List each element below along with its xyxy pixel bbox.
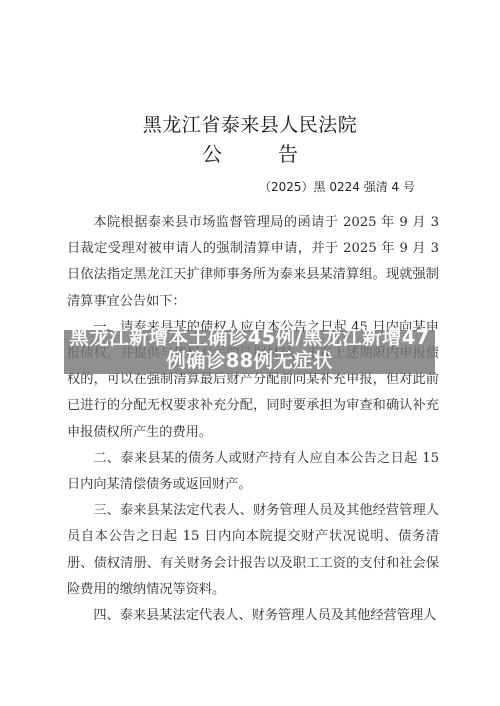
document-type-title: 公告 — [0, 138, 500, 167]
paragraph-item-2: 二、泰来县某的债务人或财产持有人应自本公告之日起 15 日内向某清偿债务或返回财… — [67, 446, 439, 498]
case-number: （2025）黑 0224 强清 4 号 — [259, 178, 415, 195]
document-page: 黑龙江省泰来县人民法院 公告 （2025）黑 0224 强清 4 号 本院根据泰… — [0, 0, 500, 706]
paragraph-intro: 本院根据泰来县市场监督管理局的函请于 2025 年 9 月 3 日裁定受理对被申… — [67, 210, 439, 315]
paragraph-item-3: 三、泰来县某法定代表人、财务管理人员及其他经营管理人员自本公告之日起 15 日内… — [67, 498, 439, 603]
notice-body: 本院根据泰来县市场监督管理局的函请于 2025 年 9 月 3 日裁定受理对被申… — [67, 210, 439, 629]
headline-overlay-text: 黑龙江新增本土确诊45例/黑龙江新增47例确诊88例无症状 — [64, 326, 435, 372]
doc-type-char-2: 告 — [278, 138, 298, 167]
doc-type-char-1: 公 — [202, 138, 222, 167]
paragraph-item-4: 四、泰来县某法定代表人、财务管理人员及其他经营管理人 — [67, 603, 439, 629]
court-name: 黑龙江省泰来县人民法院 — [0, 110, 500, 137]
